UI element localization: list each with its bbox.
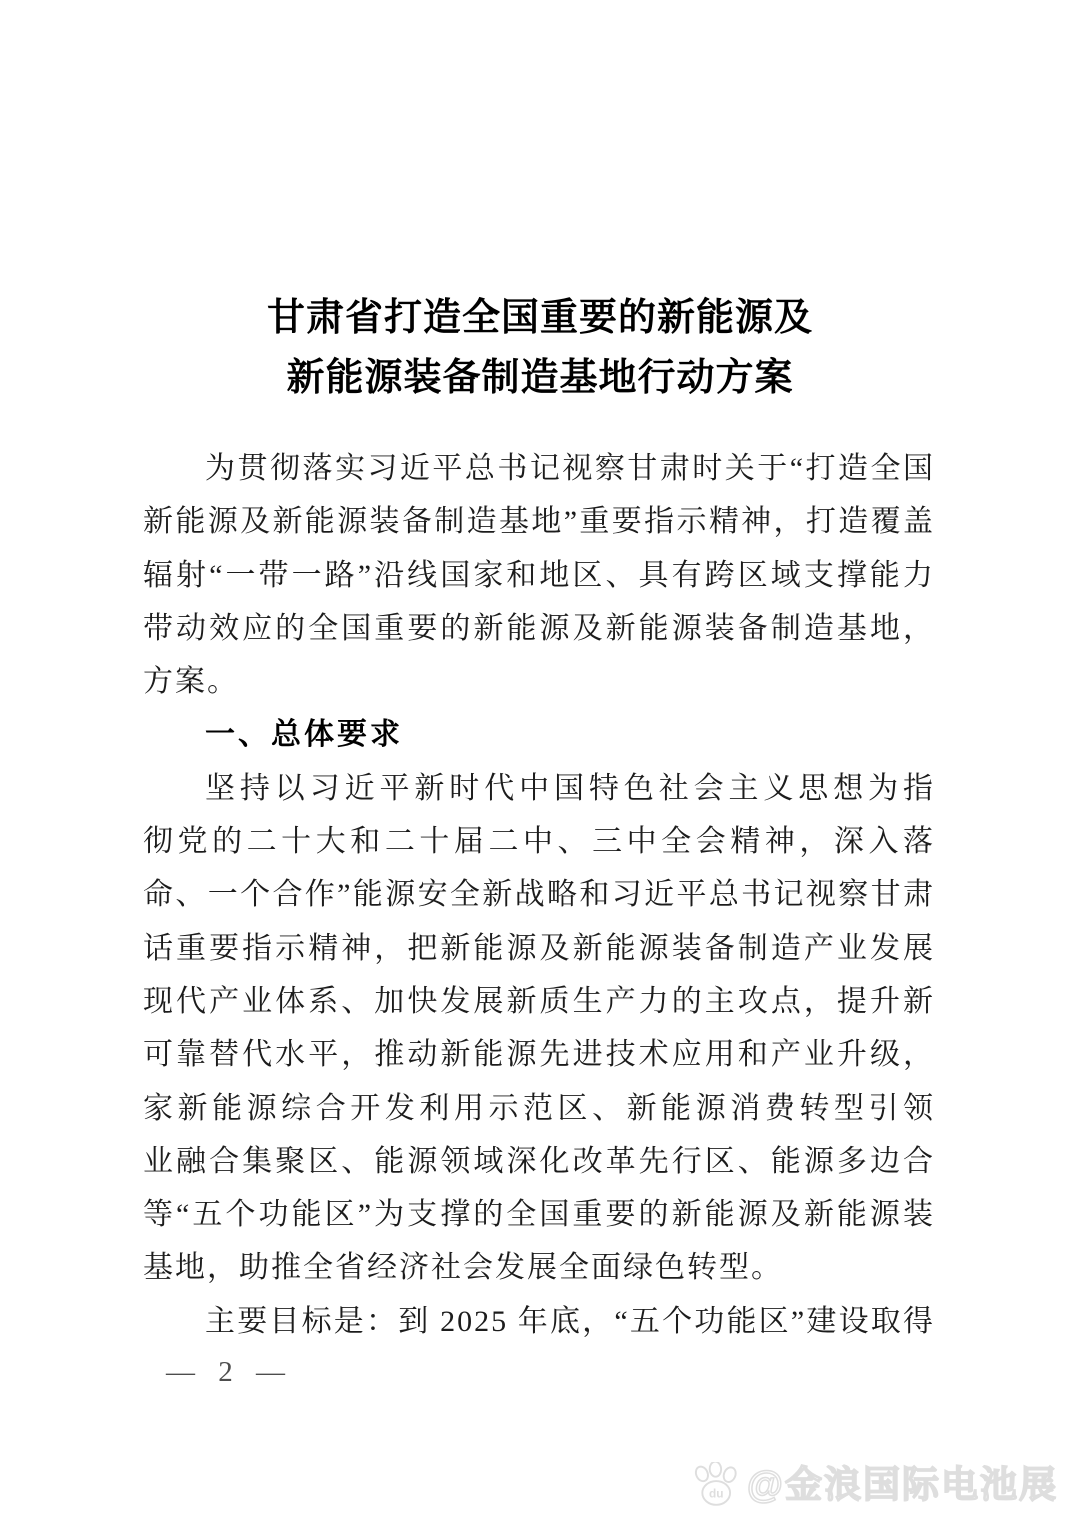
text-line-p2-l7: 业融合集聚区、能源领域深化改革先行区、能源多边合作试验区 (143, 1135, 935, 1188)
document-title-line-1: 甘肃省打造全国重要的新能源及 (267, 297, 813, 339)
document-title-line-2: 新能源装备制造基地行动方案 (286, 357, 793, 399)
text-line-p2-l6: 家新能源综合开发利用示范区、新能源消费转型引领区、能源产 (143, 1082, 935, 1135)
text-line-p0-l0: 为贯彻落实习近平总书记视察甘肃时关于“打造全国重要的 (143, 442, 935, 495)
text-line-p0-l2: 辐射“一带一路”沿线国家和地区、具有跨区域支撑能力和示范 (143, 549, 935, 602)
text-line-p0-l3: 带动效应的全国重要的新能源及新能源装备制造基地，制定本 (143, 602, 935, 655)
text-line-p2-l5: 可靠替代水平，推动新能源先进技术应用和产业升级，打造以国 (143, 1028, 935, 1081)
page-number: — 2 — (166, 1352, 293, 1392)
text-line-p2-l3: 话重要指示精神，把新能源及新能源装备制造产业发展作为构建 (143, 922, 935, 975)
text-line-p0-l1: 新能源及新能源装备制造基地”重要指示精神，打造覆盖西北、 (143, 495, 935, 548)
text-line-p3-l0: 主要目标是：到 2025 年底，“五个功能区”建设取得积极进 (143, 1295, 935, 1348)
text-line-p0-l4: 方案。 (143, 655, 935, 708)
document-title: 甘肃省打造全国重要的新能源及 新能源装备制造基地行动方案 (0, 288, 1080, 408)
baidu-paw-label: du (709, 1487, 724, 1501)
section-heading: 一、总体要求 (143, 708, 935, 761)
document-body: 为贯彻落实习近平总书记视察甘肃时关于“打造全国重要的新能源及新能源装备制造基地”… (143, 442, 935, 1348)
document-page: 甘肃省打造全国重要的新能源及 新能源装备制造基地行动方案 为贯彻落实习近平总书记… (0, 0, 1080, 1527)
text-line-p2-l9: 基地，助推全省经济社会发展全面绿色转型。 (143, 1241, 935, 1294)
text-line-p2-l0: 坚持以习近平新时代中国特色社会主义思想为指导，全面贯 (143, 762, 935, 815)
watermark: du @金浪国际电池展 (691, 1462, 1058, 1508)
watermark-text: @金浪国际电池展 (747, 1462, 1058, 1508)
text-line-p2-l1: 彻党的二十大和二十届二中、三中全会精神，深入落实“四个革 (143, 815, 935, 868)
text-line-p2-l8: 等“五个功能区”为支撑的全国重要的新能源及新能源装备制造 (143, 1188, 935, 1241)
text-line-p2-l2: 命、一个合作”能源安全新战略和习近平总书记视察甘肃重要讲 (143, 868, 935, 921)
text-line-p2-l4: 现代产业体系、加快发展新质生产力的主攻点，提升新能源安全 (143, 975, 935, 1028)
baidu-paw-icon: du (691, 1462, 743, 1508)
